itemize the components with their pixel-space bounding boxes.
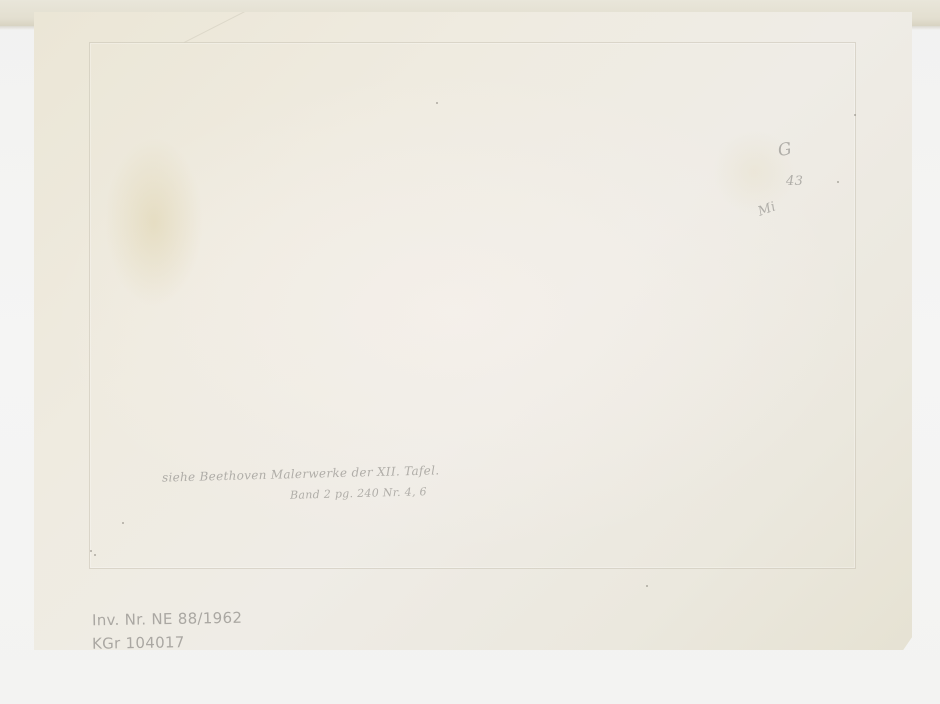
inventory-number: Inv. Nr. NE 88/1962	[92, 609, 243, 630]
paper-speck	[854, 114, 856, 116]
paper-sheet: siehe Beethoven Malerwerke der XII. Tafe…	[34, 12, 912, 650]
paper-speck	[646, 585, 648, 587]
paper-speck	[436, 102, 438, 104]
collection-number: KGr 104017	[92, 633, 185, 653]
photo-stage: siehe Beethoven Malerwerke der XII. Tafe…	[0, 0, 940, 704]
paper-speck	[122, 522, 124, 524]
paper-speck	[94, 554, 96, 556]
pencil-mark-43: 43	[786, 174, 803, 189]
plate-mark	[89, 42, 856, 569]
paper-speck	[90, 550, 92, 552]
paper-speck	[837, 181, 839, 183]
